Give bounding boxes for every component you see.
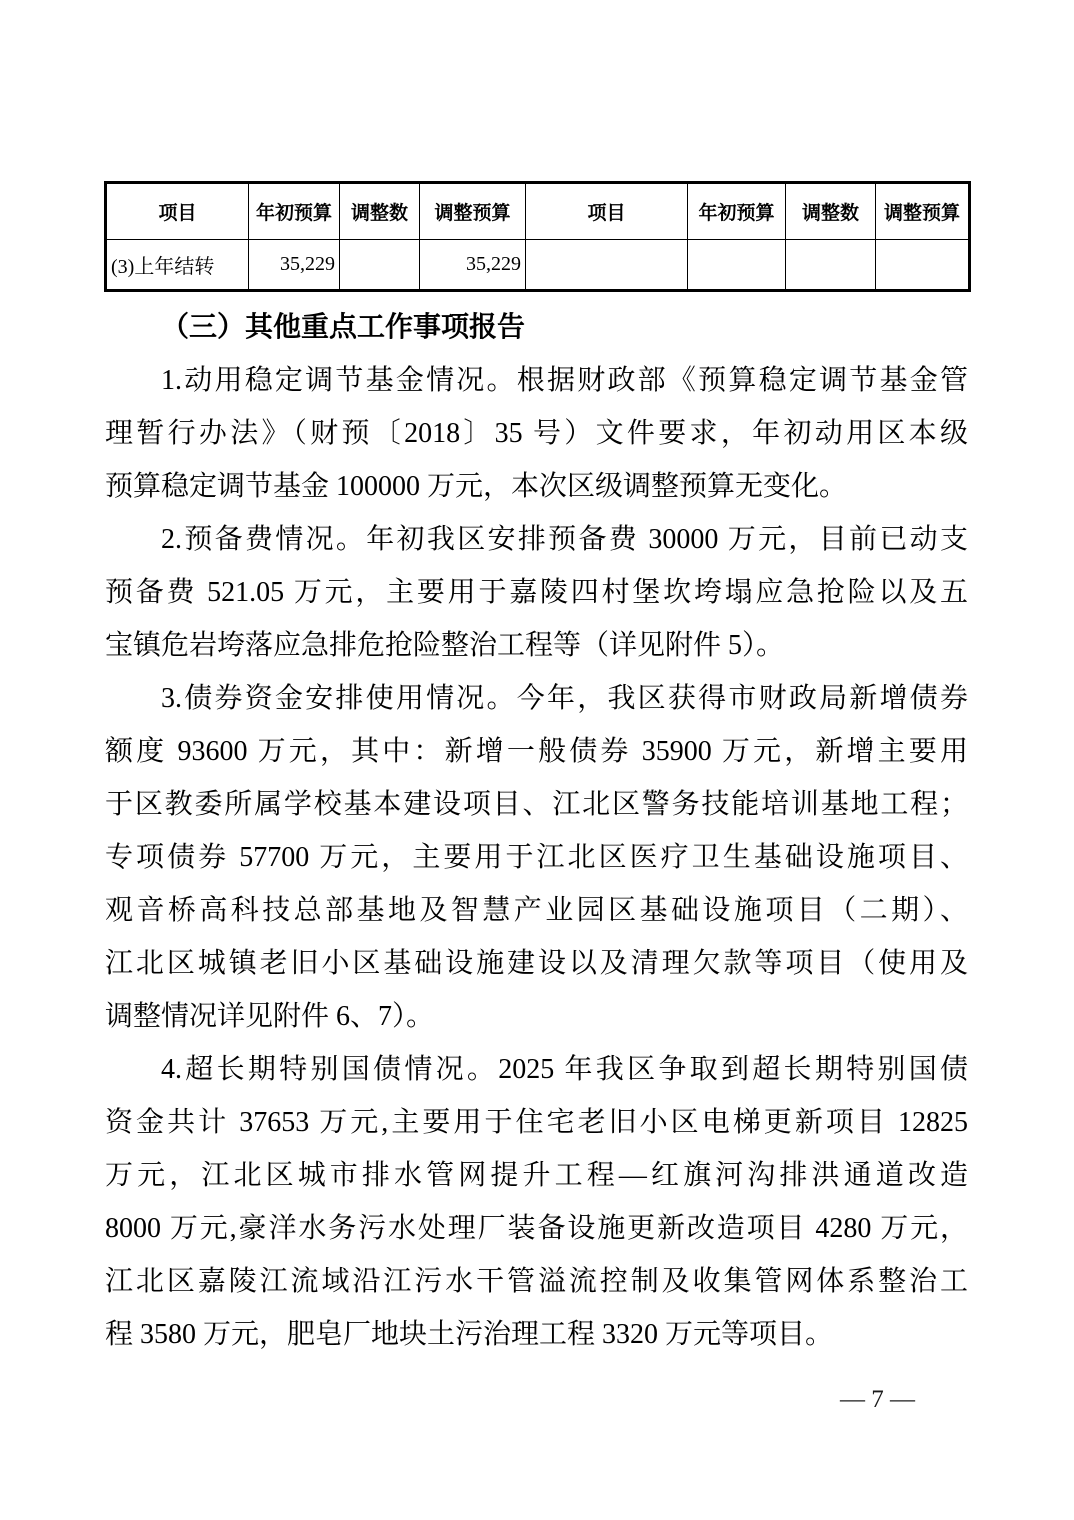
cell-adjustment-2: [786, 240, 876, 291]
body-line: 于区教委所属学校基本建设项目、江北区警务技能培训基地工程；: [105, 778, 968, 831]
col-header-item-right: 项目: [526, 183, 688, 240]
cell-adjusted-budget: 35,229: [420, 240, 526, 291]
body-line: 4.超长期特别国债情况。2025 年我区争取到超长期特别国债: [105, 1043, 968, 1096]
body-line: 预算稳定调节基金 100000 万元，本次区级调整预算无变化。: [105, 460, 968, 513]
col-header-initial-budget-left: 年初预算: [249, 183, 340, 240]
body-line: 专项债券 57700 万元，主要用于江北区医疗卫生基础设施项目、: [105, 831, 968, 884]
col-header-adjustment-right: 调整数: [786, 183, 876, 240]
cell-item-label-2: [526, 240, 688, 291]
col-header-adjustment-left: 调整数: [340, 183, 420, 240]
body-line: 3.债券资金安排使用情况。今年，我区获得市财政局新增债券: [105, 672, 968, 725]
document-body: （三）其他重点工作事项报告 1.动用稳定调节基金情况。根据财政部《预算稳定调节基…: [105, 301, 968, 1361]
body-line: 万元，江北区城市排水管网提升工程—红旗河沟排洪通道改造: [105, 1149, 968, 1202]
body-line: 8000 万元,豪洋水务污水处理厂装备设施更新改造项目 4280 万元，: [105, 1202, 968, 1255]
document-page: 项目 年初预算 调整数 调整预算 项目 年初预算 调整数 调整预算 (3)上年结…: [0, 0, 1074, 1520]
cell-item-label: (3)上年结转: [106, 240, 249, 291]
cell-adjustment: [340, 240, 420, 291]
body-line: 额度 93600 万元，其中：新增一般债券 35900 万元，新增主要用: [105, 725, 968, 778]
budget-table: 项目 年初预算 调整数 调整预算 项目 年初预算 调整数 调整预算 (3)上年结…: [104, 181, 971, 292]
body-line: 资金共计 37653 万元,主要用于住宅老旧小区电梯更新项目 12825: [105, 1096, 968, 1149]
col-header-adjusted-budget-right: 调整预算: [876, 183, 970, 240]
body-line: 程 3580 万元，肥皂厂地块土污治理工程 3320 万元等项目。: [105, 1308, 968, 1361]
body-line: 江北区嘉陵江流域沿江污水干管溢流控制及收集管网体系整治工: [105, 1255, 968, 1308]
body-line: 预备费 521.05 万元，主要用于嘉陵四村堡坎垮塌应急抢险以及五: [105, 566, 968, 619]
section-heading: （三）其他重点工作事项报告: [105, 301, 968, 354]
body-line: 调整情况详见附件 6、7）。: [105, 990, 968, 1043]
table-header-row: 项目 年初预算 调整数 调整预算 项目 年初预算 调整数 调整预算: [106, 183, 970, 240]
page-number: — 7 —: [840, 1386, 915, 1414]
body-line: 观音桥高科技总部基地及智慧产业园区基础设施项目（二期）、: [105, 884, 968, 937]
body-line: 江北区城镇老旧小区基础设施建设以及清理欠款等项目（使用及: [105, 937, 968, 990]
cell-initial-budget-2: [688, 240, 786, 291]
body-line: 2.预备费情况。年初我区安排预备费 30000 万元，目前已动支: [105, 513, 968, 566]
cell-initial-budget: 35,229: [249, 240, 340, 291]
body-line: 1.动用稳定调节基金情况。根据财政部《预算稳定调节基金管: [105, 354, 968, 407]
col-header-item-left: 项目: [106, 183, 249, 240]
table-row: (3)上年结转 35,229 35,229: [106, 240, 970, 291]
col-header-initial-budget-right: 年初预算: [688, 183, 786, 240]
col-header-adjusted-budget-left: 调整预算: [420, 183, 526, 240]
cell-adjusted-budget-2: [876, 240, 970, 291]
body-line: 理暂行办法》（财预〔2018〕35 号）文件要求，年初动用区本级: [105, 407, 968, 460]
body-line: 宝镇危岩垮落应急排危抢险整治工程等（详见附件 5）。: [105, 619, 968, 672]
